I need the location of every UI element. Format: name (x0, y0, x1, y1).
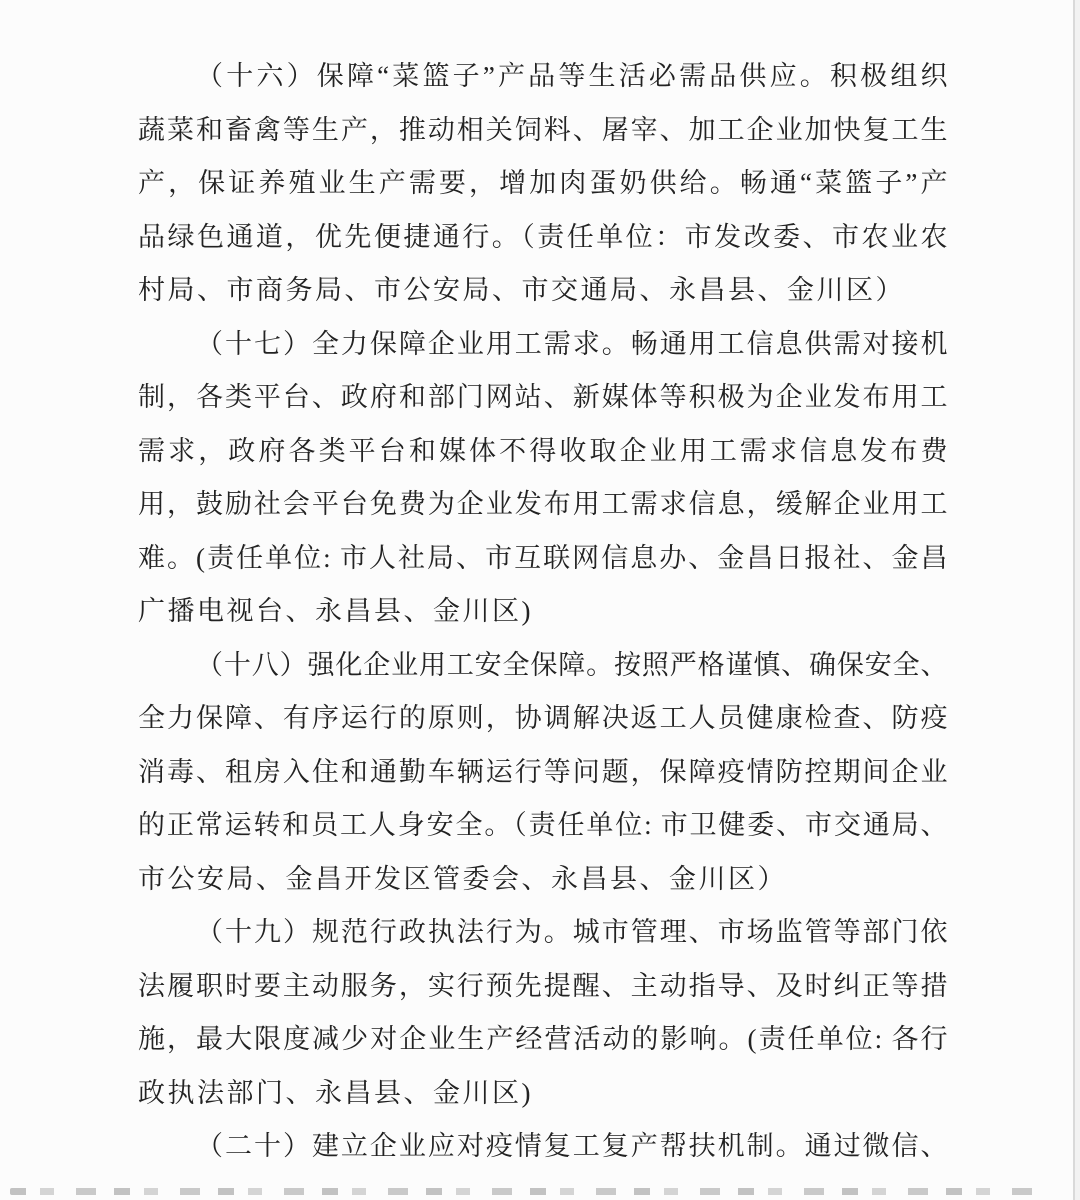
text-line: （二十）建立企业应对疫情复工复产帮扶机制。通过微信、 (138, 1120, 948, 1174)
text-line: （十八）强化企业用工安全保障。按照严格谨慎、确保安全、 (138, 639, 948, 693)
text-line: 政执法部门、永昌县、金川区) (138, 1067, 948, 1121)
scan-edge-line (1073, 0, 1075, 1200)
document-body: （十六）保障“菜篮子”产品等生活必需品供应。积极组织蔬菜和畜禽等生产，推动相关饲… (138, 50, 948, 1174)
text-line: 广播电视台、永昌县、金川区) (138, 585, 948, 639)
text-line: 村局、市商务局、市公安局、市交通局、永昌县、金川区） (138, 264, 948, 318)
text-line: 市公安局、金昌开发区管委会、永昌县、金川区） (138, 853, 948, 907)
text-line: （十七）全力保障企业用工需求。畅通用工信息供需对接机 (138, 318, 948, 372)
paragraph-十八: （十八）强化企业用工安全保障。按照严格谨慎、确保安全、全力保障、有序运行的原则，… (138, 639, 948, 907)
text-line: 制，各类平台、政府和部门网站、新媒体等积极为企业发布用工 (138, 371, 948, 425)
paragraph-十六: （十六）保障“菜篮子”产品等生活必需品供应。积极组织蔬菜和畜禽等生产，推动相关饲… (138, 50, 948, 318)
text-line: 产，保证养殖业生产需要，增加肉蛋奶供给。畅通“菜篮子”产 (138, 157, 948, 211)
paragraph-二十: （二十）建立企业应对疫情复工复产帮扶机制。通过微信、 (138, 1120, 948, 1174)
text-line: 品绿色通道，优先便捷通行。（责任单位：市发改委、市农业农 (138, 211, 948, 265)
text-line: （十九）规范行政执法行为。城市管理、市场监管等部门依 (138, 906, 948, 960)
cut-off-text-band (10, 1188, 1050, 1195)
paragraph-十七: （十七）全力保障企业用工需求。畅通用工信息供需对接机制，各类平台、政府和部门网站… (138, 318, 948, 639)
text-line: 蔬菜和畜禽等生产，推动相关饲料、屠宰、加工企业加快复工生 (138, 104, 948, 158)
text-line: （十六）保障“菜篮子”产品等生活必需品供应。积极组织 (138, 50, 948, 104)
text-line: 全力保障、有序运行的原则，协调解决返工人员健康检查、防疫 (138, 692, 948, 746)
paragraph-十九: （十九）规范行政执法行为。城市管理、市场监管等部门依法履职时要主动服务，实行预先… (138, 906, 948, 1120)
scanned-document-page: （十六）保障“菜篮子”产品等生活必需品供应。积极组织蔬菜和畜禽等生产，推动相关饲… (0, 0, 1080, 1200)
text-line: 需求，政府各类平台和媒体不得收取企业用工需求信息发布费 (138, 425, 948, 479)
text-line: 用，鼓励社会平台免费为企业发布用工需求信息，缓解企业用工 (138, 478, 948, 532)
text-line: 施，最大限度减少对企业生产经营活动的影响。(责任单位: 各行 (138, 1013, 948, 1067)
text-line: 法履职时要主动服务，实行预先提醒、主动指导、及时纠正等措 (138, 960, 948, 1014)
text-line: 难。(责任单位: 市人社局、市互联网信息办、金昌日报社、金昌 (138, 532, 948, 586)
text-line: 的正常运转和员工人身安全。（责任单位: 市卫健委、市交通局、 (138, 799, 948, 853)
text-line: 消毒、租房入住和通勤车辆运行等问题，保障疫情防控期间企业 (138, 746, 948, 800)
scan-edge-shadow (1075, 0, 1080, 1200)
